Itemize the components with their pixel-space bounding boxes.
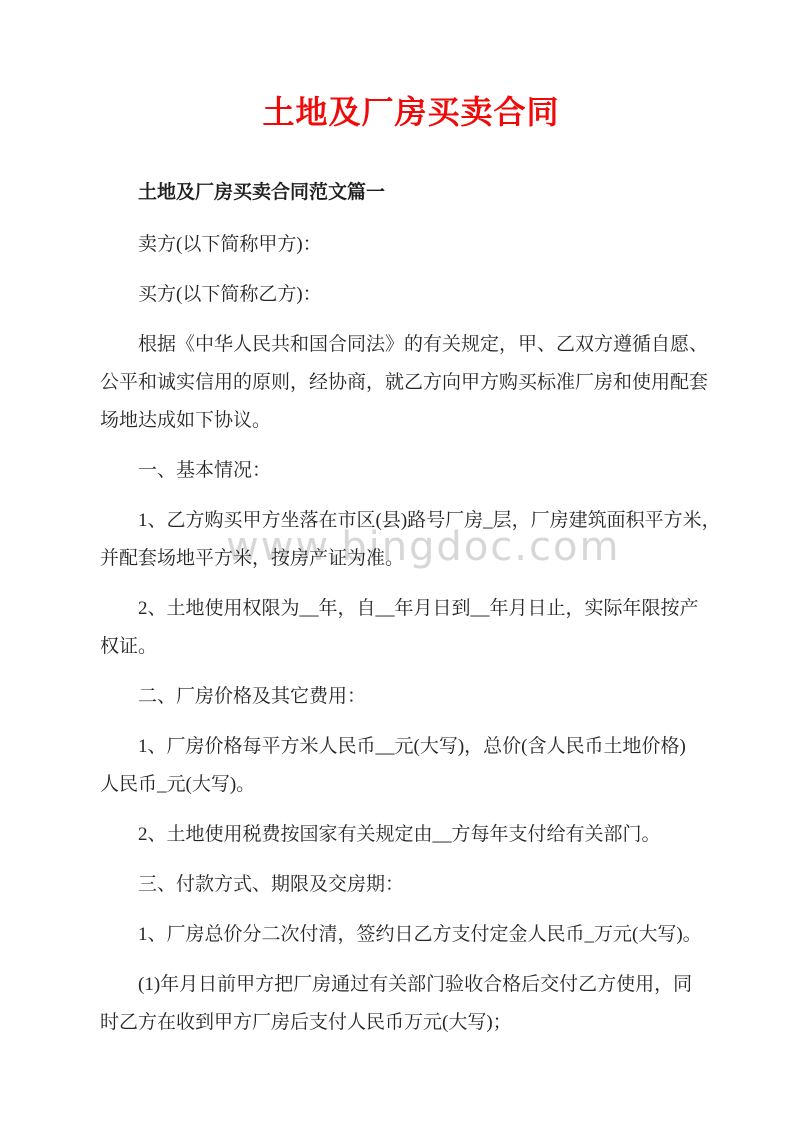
para-price-1: 1、厂房价格每平方米人民币__元(大写)，总价(含人民币土地价格) 人民币_元(…: [100, 728, 722, 804]
document-subtitle: 土地及厂房买卖合同范文篇一: [100, 174, 722, 212]
para-seller: 卖方(以下简称甲方)：: [100, 226, 722, 264]
heading-price: 二、厂房价格及其它费用：: [100, 678, 722, 716]
heading-payment: 三、付款方式、期限及交房期：: [100, 866, 722, 904]
heading-basic-info: 一、基本情况：: [100, 452, 722, 490]
document-page: www.bingdoc.com 土地及厂房买卖合同 土地及厂房买卖合同范文篇一 …: [0, 0, 800, 1132]
document-content: 土地及厂房买卖合同 土地及厂房买卖合同范文篇一 卖方(以下简称甲方)： 买方(以…: [0, 0, 800, 1042]
para-buyer: 买方(以下简称乙方)：: [100, 276, 722, 314]
para-payment-1: 1、厂房总价分二次付清，签约日乙方支付定金人民币_万元(大写)。: [100, 916, 722, 954]
document-title: 土地及厂房买卖合同: [100, 88, 722, 136]
para-payment-1-1: (1)年月日前甲方把厂房通过有关部门验收合格后交付乙方使用，同 时乙方在收到甲方…: [100, 966, 722, 1042]
para-basic-1: 1、乙方购买甲方坐落在市区(县)路号厂房_层，厂房建筑面积平方米， 并配套场地平…: [100, 502, 722, 578]
para-price-2: 2、土地使用税费按国家有关规定由__方每年支付给有关部门。: [100, 816, 722, 854]
para-basic-2: 2、土地使用权限为__年，自__年月日到__年月日止，实际年限按产 权证。: [100, 590, 722, 666]
para-preamble: 根据《中华人民共和国合同法》的有关规定，甲、乙双方遵循自愿、 公平和诚实信用的原…: [100, 326, 722, 440]
